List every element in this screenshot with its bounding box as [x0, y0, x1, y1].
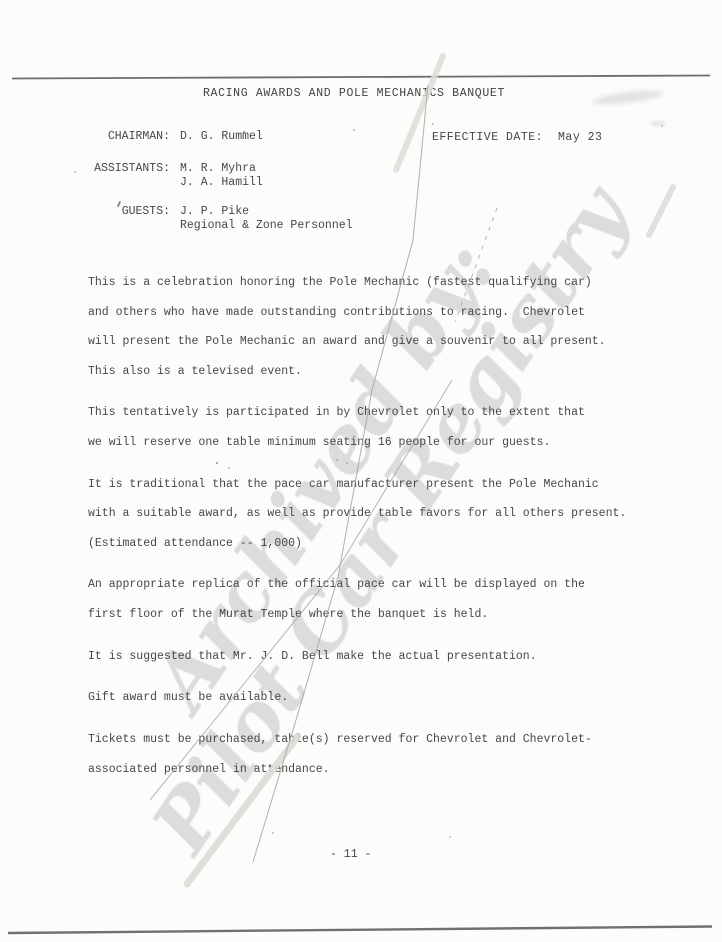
scan-speck — [353, 129, 355, 131]
scan-speck — [272, 832, 274, 834]
text-line: This is a celebration honoring the Pole … — [88, 268, 648, 298]
roster-values: M. R. MyhraJ. A. Hamill — [180, 162, 263, 190]
text-line: we will reserve one table minimum seatin… — [88, 428, 648, 458]
scan-bottom-edge-line — [8, 927, 712, 934]
text-line: Regional & Zone Personnel — [180, 219, 353, 233]
scan-speck — [449, 836, 451, 838]
text-line: associated personnel in attendance. — [88, 755, 648, 785]
paragraph: Gift award must be available. — [88, 683, 648, 713]
roster-label: GUESTS: — [90, 205, 170, 233]
roster-values: J. P. PikeRegional & Zone Personnel — [180, 205, 353, 233]
scan-speck — [74, 171, 76, 173]
page-number: - 11 - — [330, 848, 371, 861]
text-line: This tentatively is participated in by C… — [88, 398, 648, 428]
effective-date: EFFECTIVE DATE:May 23 — [432, 131, 602, 144]
roster-row-guests: GUESTS: J. P. PikeRegional & Zone Person… — [90, 205, 353, 233]
roster-label: ASSISTANTS: — [90, 162, 170, 190]
text-line: Gift award must be available. — [88, 683, 648, 713]
text-line: D. G. Rummel — [180, 130, 263, 144]
pencil-smudge — [650, 121, 666, 126]
document-body: This is a celebration honoring the Pole … — [88, 268, 648, 797]
scan-top-edge-line — [12, 76, 710, 79]
text-line: will present the Pole Mechanic an award … — [88, 327, 648, 357]
scan-speck — [661, 125, 663, 127]
scan-speck — [432, 123, 434, 125]
scratch-streak — [396, 56, 443, 170]
scratch-streak — [649, 187, 673, 235]
effective-date-value: May 23 — [558, 131, 602, 144]
paragraph: An appropriate replica of the official p… — [88, 570, 648, 629]
text-line: It is suggested that Mr. J. D. Bell make… — [88, 642, 648, 672]
paragraph: This is a celebration honoring the Pole … — [88, 268, 648, 386]
text-line: This also is a televised event. — [88, 357, 648, 387]
roster-row-assistants: ASSISTANTS: M. R. MyhraJ. A. Hamill — [90, 162, 263, 190]
document-title: RACING AWARDS AND POLE MECHANICS BANQUET — [0, 87, 708, 100]
scanned-document-page: Archived by: Pilot Car Registry RACING A… — [0, 0, 722, 942]
text-line: J. A. Hamill — [180, 176, 263, 190]
text-line: and others who have made outstanding con… — [88, 298, 648, 328]
text-line: Tickets must be purchased, table(s) rese… — [88, 725, 648, 755]
paragraph: It is suggested that Mr. J. D. Bell make… — [88, 642, 648, 672]
text-line: M. R. Myhra — [180, 162, 263, 176]
text-line: first floor of the Murat Temple where th… — [88, 600, 648, 630]
paragraph: It is traditional that the pace car manu… — [88, 470, 648, 559]
paragraph: This tentatively is participated in by C… — [88, 398, 648, 457]
roster-row-chairman: CHAIRMAN: D. G. Rummel — [90, 130, 263, 144]
roster-values: D. G. Rummel — [180, 130, 263, 144]
paragraph: Tickets must be purchased, table(s) rese… — [88, 725, 648, 784]
text-line: J. P. Pike — [180, 205, 353, 219]
text-line: It is traditional that the pace car manu… — [88, 470, 648, 500]
text-line: (Estimated attendance -- 1,000) — [88, 529, 648, 559]
text-line: with a suitable award, as well as provid… — [88, 499, 648, 529]
roster-label: CHAIRMAN: — [90, 130, 170, 144]
effective-date-label: EFFECTIVE DATE: — [432, 131, 543, 144]
text-line: An appropriate replica of the official p… — [88, 570, 648, 600]
